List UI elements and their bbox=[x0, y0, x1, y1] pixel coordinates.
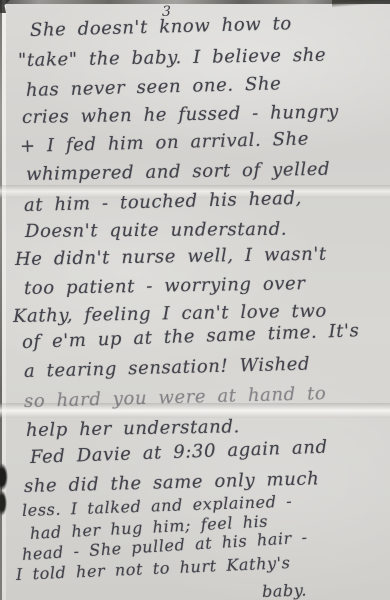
handwriting-line: cries when he fussed - hungry bbox=[22, 101, 339, 128]
handwriting-line: Doesn't quite understand. bbox=[25, 219, 287, 242]
corner-shadow-top-right bbox=[332, 0, 390, 9]
handwriting-line: at him - touched his head, bbox=[24, 188, 302, 216]
handwriting-line: too patient - worrying over bbox=[24, 273, 306, 299]
handwriting-line: "take" the baby. I believe she bbox=[18, 45, 327, 71]
scanned-letter-page: 3 She doesn't know how to "take" the bab… bbox=[0, 0, 390, 600]
handwriting-line: baby. bbox=[262, 580, 308, 600]
handwriting-line: He didn't nurse well, I wasn't bbox=[15, 244, 327, 270]
ink-blotch-left-edge bbox=[0, 463, 9, 519]
handwriting-line: whimpered and sort of yelled bbox=[26, 159, 331, 185]
handwriting-line: + I fed him on arrival. She bbox=[20, 128, 310, 157]
handwriting-line: has never seen one. She bbox=[26, 73, 282, 101]
handwriting-line: so hard you were at hand to bbox=[24, 383, 327, 412]
handwriting-line: help her understand. bbox=[26, 416, 240, 441]
handwriting-line: a tearing sensation! Wished bbox=[24, 354, 311, 382]
handwriting-line: She doesn't know how to bbox=[30, 13, 292, 41]
handwriting-line: Fed Davie at 9:30 again and bbox=[30, 437, 328, 468]
